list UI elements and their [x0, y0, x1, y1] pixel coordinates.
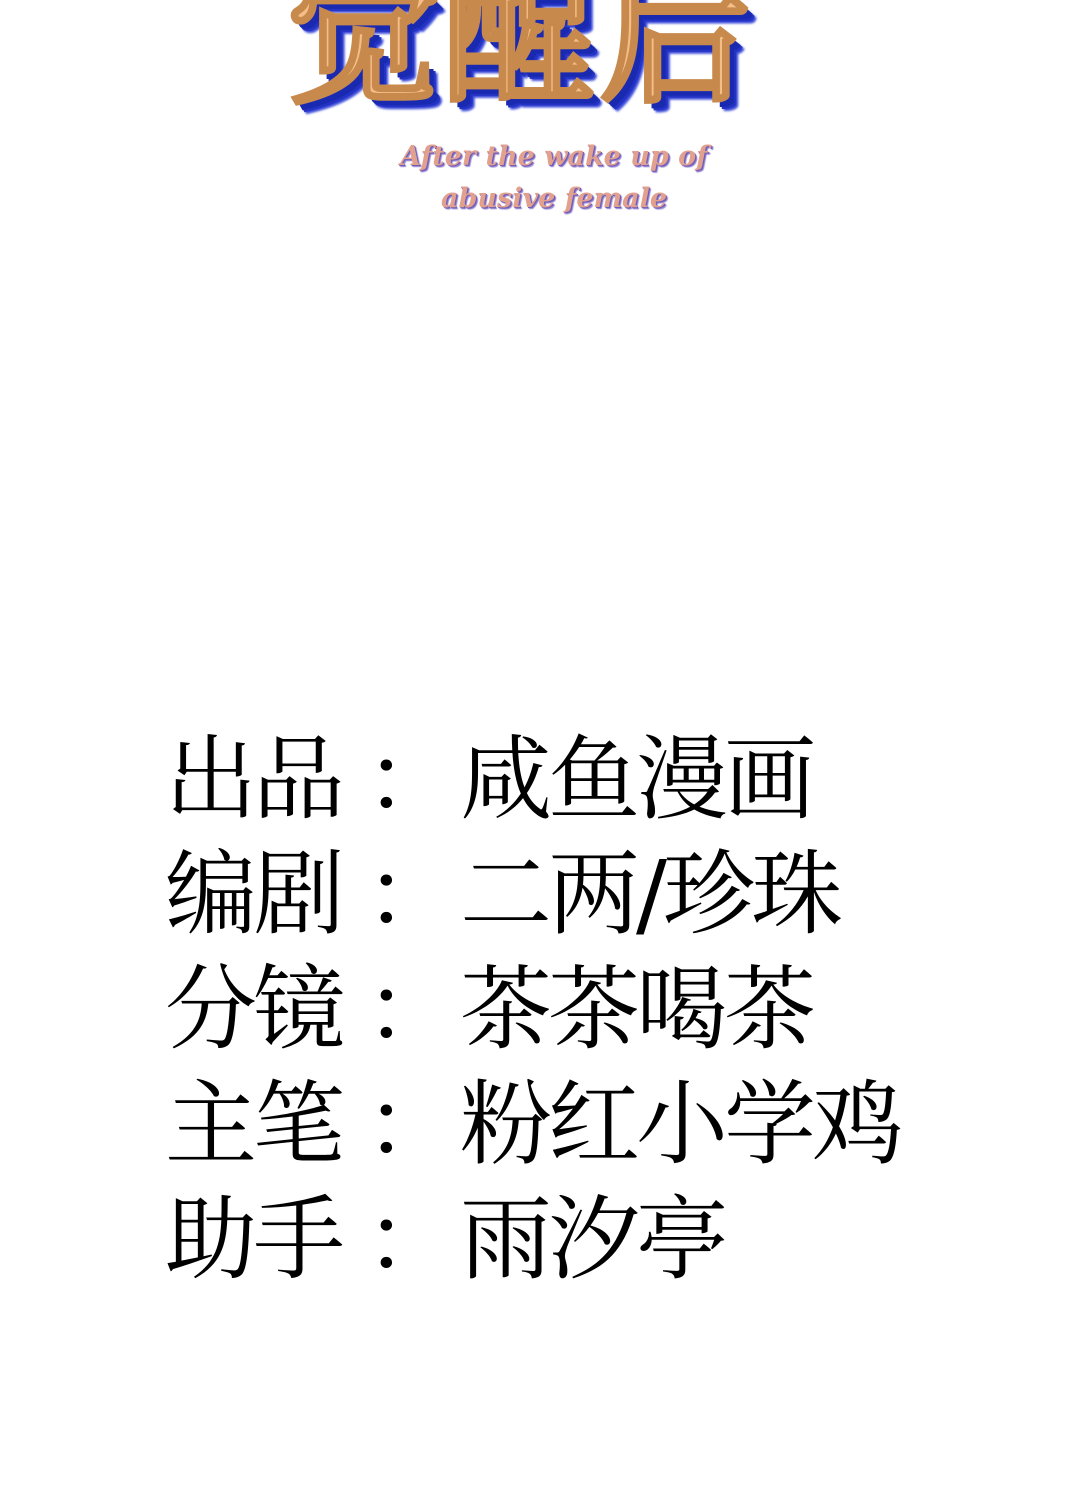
- credit-separator: ：: [365, 1190, 460, 1290]
- credit-value: 雨汐亭: [460, 1190, 724, 1290]
- credit-value: 咸鱼漫画: [460, 730, 812, 830]
- comic-title-text: 觉醒后: [288, 0, 756, 112]
- subtitle-line-1: After the wake up of: [0, 136, 1080, 178]
- credit-separator: ：: [365, 1075, 460, 1175]
- comic-title-logo: 觉醒后: [288, 0, 808, 112]
- credit-label: 助手: [165, 1190, 365, 1290]
- credit-value: 粉红小学鸡: [460, 1075, 900, 1175]
- comic-english-subtitle: After the wake up of abusive female: [0, 136, 1080, 220]
- credits-block: 出品 ： 咸鱼漫画 编剧 ： 二两/珍珠 分镜 ： 茶茶喝茶 主笔 ： 粉红小学…: [165, 722, 900, 1297]
- subtitle-line-2: abusive female: [0, 178, 1080, 220]
- credit-row-screenwriter: 编剧 ： 二两/珍珠: [165, 837, 900, 952]
- credit-row-storyboard: 分镜 ： 茶茶喝茶: [165, 952, 900, 1067]
- credit-label: 分镜: [165, 960, 365, 1060]
- credit-label: 主笔: [165, 1075, 365, 1175]
- credit-row-lead-artist: 主笔 ： 粉红小学鸡: [165, 1067, 900, 1182]
- credit-label: 出品: [165, 730, 365, 830]
- credit-value: 茶茶喝茶: [460, 960, 812, 1060]
- credit-row-assistant: 助手 ： 雨汐亭: [165, 1182, 900, 1297]
- credit-value: 二两/珍珠: [460, 845, 839, 945]
- credit-separator: ：: [365, 960, 460, 1060]
- credit-separator: ：: [365, 730, 460, 830]
- credit-label: 编剧: [165, 845, 365, 945]
- credit-separator: ：: [365, 845, 460, 945]
- credit-row-producer: 出品 ： 咸鱼漫画: [165, 722, 900, 837]
